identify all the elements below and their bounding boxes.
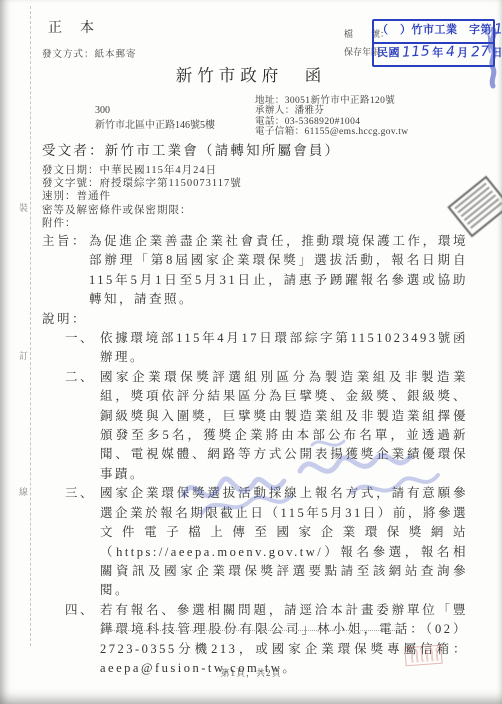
stamp-doc-prefix: （ ）竹市工業 字第 xyxy=(377,21,492,37)
recipient-postal-code: 300 xyxy=(95,103,215,118)
attachments-label: 附件： xyxy=(42,217,242,230)
stamp-doc-number-handwritten: 190 xyxy=(494,20,502,37)
stamp-month-unit: 月 xyxy=(457,44,469,60)
page-number: 第1頁，共2頁 xyxy=(0,666,502,679)
sender-email: 電子信箱：61155@ems.hccg.gov.tw xyxy=(255,127,409,137)
sender-address: 地址：30051新竹市中正路120號 xyxy=(255,96,409,106)
explanation-item-1: 一、 依據環境部115年4月17日環部綜字第1151023493號函辦理。 xyxy=(65,329,468,368)
explanation-item-2: 二、 國家企業環保獎評選組別區分為製造業組及非製造業組，獎項依評分結果區分為巨擘… xyxy=(65,368,468,484)
small-red-stamp xyxy=(404,645,442,667)
recipient-street-address: 新竹市北區中正路146號5樓 xyxy=(95,118,215,133)
stamp-month-handwritten: 4 xyxy=(445,44,455,60)
explanation-items: 一、 依據環境部115年4月17日環部綜字第1151023493號函辦理。 二、… xyxy=(65,329,468,678)
received-stamp-doc-number-row: （ ）竹市工業 字第 190 號 xyxy=(374,21,493,42)
delivery-method-label: 發文方式：紙本郵寄 xyxy=(42,46,137,60)
stamp-day-unit: 日 xyxy=(491,44,502,60)
stamp-day-handwritten: 27 xyxy=(470,44,490,61)
letter-body: 主旨： 為促進企業善盡企業社會責任，推動環境保護工作，環境部辦理「第8屆國家企業… xyxy=(42,232,468,678)
sender-contact-block: 地址：30051新竹市中正路120號 承辦人：潘雅芬 電話：03-5368920… xyxy=(255,96,409,138)
copy-type-label: 正 本 xyxy=(48,17,96,37)
issue-date: 發文日期：中華民國115年4月24日 xyxy=(42,164,242,177)
stamp-era-label: 民國 xyxy=(377,44,400,60)
stamp-year-handwritten: 115 xyxy=(402,43,431,60)
binding-mark-ding: 訂 xyxy=(19,349,28,362)
priority-level: 速別：普通件 xyxy=(42,190,242,203)
recipient-mailing-block: 300 新竹市北區中正路146號5樓 xyxy=(95,103,215,133)
explanation-item-3: 三、 國家企業環保獎選拔活動採線上報名方式，請有意願參選企業於報名期限截止日（1… xyxy=(65,484,468,600)
binding-mark-zhuang: 裝 xyxy=(19,201,28,214)
document-metadata: 發文日期：中華民國115年4月24日 發文字號：府授環綜字第1150073117… xyxy=(42,164,242,230)
scanned-official-letter: 裝 訂 線 正 本 發文方式：紙本郵寄 檔 號： 保存年限： （ ）竹市工業 字… xyxy=(0,0,502,704)
issue-number: 發文字號：府授環綜字第1150073117號 xyxy=(42,177,242,190)
item-text: 國家企業環保獎評選組別區分為製造業組及非製造業組，獎項依評分結果區分為巨擘獎、金… xyxy=(100,368,468,484)
item-number: 二、 xyxy=(65,368,100,484)
item-number: 一、 xyxy=(65,329,100,368)
binding-dashed-line xyxy=(30,6,31,646)
bottom-dotted-line xyxy=(103,630,395,631)
subject-text: 為促進企業善盡企業社會責任，推動環境保護工作，環境部辦理「第8屆國家企業環保獎」… xyxy=(89,232,468,310)
item-text: 依據環境部115年4月17日環部綜字第1151023493號函辦理。 xyxy=(100,329,468,368)
explanation-label: 說明： xyxy=(42,310,468,329)
security-classification: 密等及解密條件或保密期限： xyxy=(42,204,242,217)
sender-phone: 電話：03-5368920#1004 xyxy=(255,117,409,127)
item-text: 國家企業環保獎選拔活動採線上報名方式，請有意願參選企業於報名期限截止日（115年… xyxy=(100,484,468,600)
stamp-year-unit: 年 xyxy=(432,44,444,60)
item-number: 三、 xyxy=(65,484,100,600)
received-stamp-box: （ ）竹市工業 字第 190 號 民國 115 年 4 月 27 日 xyxy=(372,19,495,67)
rotated-receipt-stamp xyxy=(447,176,502,238)
subject-paragraph: 主旨： 為促進企業善盡企業社會責任，推動環境保護工作，環境部辦理「第8屆國家企業… xyxy=(42,232,468,310)
sender-contact-person: 承辦人：潘雅芬 xyxy=(255,106,409,116)
binding-mark-xian: 線 xyxy=(19,485,28,498)
received-stamp-date-row: 民國 115 年 4 月 27 日 xyxy=(374,42,493,65)
subject-label: 主旨： xyxy=(42,232,89,310)
recipient-line: 受文者：新竹市工業會（請轉知所屬會員） xyxy=(42,139,340,159)
